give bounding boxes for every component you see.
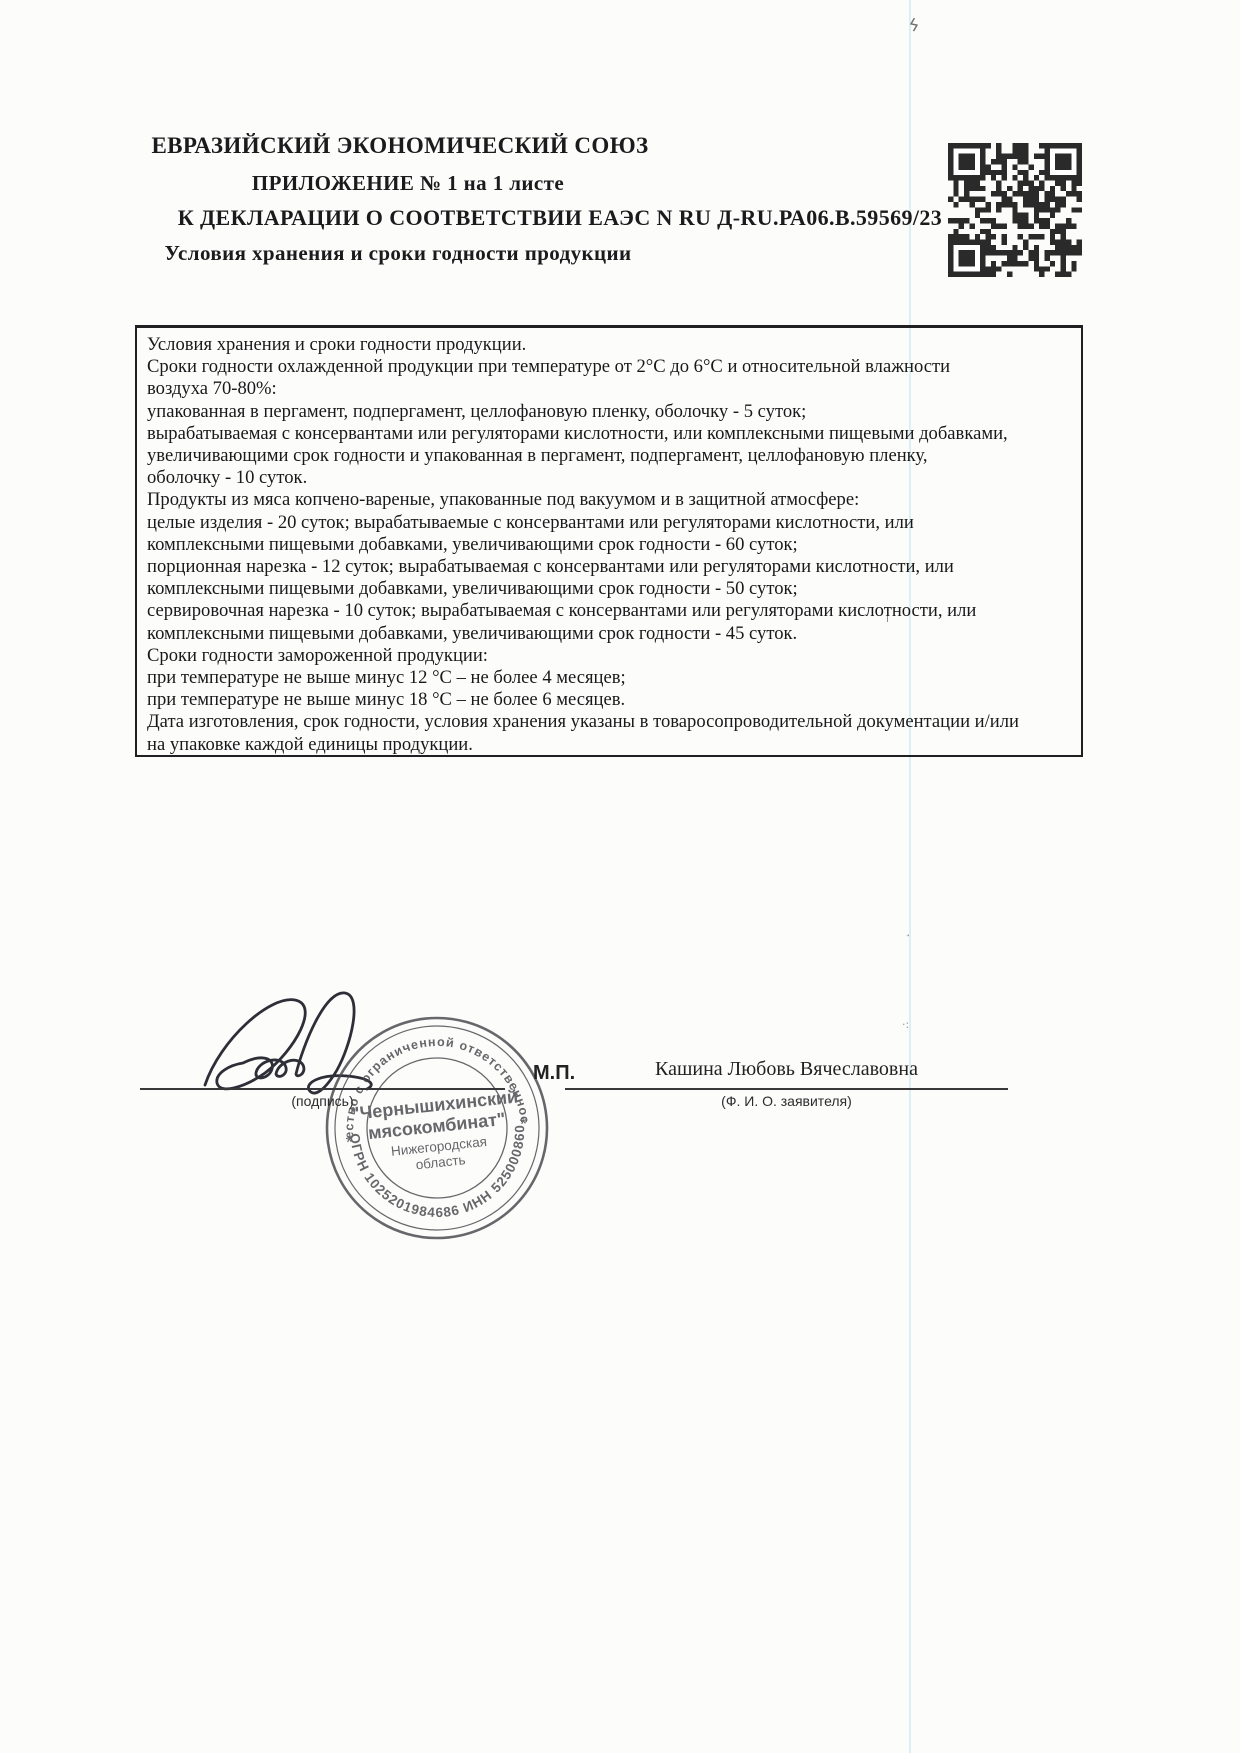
applicant-caption: (Ф. И. О. заявителя) xyxy=(565,1093,1008,1109)
scan-artifact: ϟ xyxy=(906,15,921,37)
signature-line xyxy=(140,1088,505,1090)
conditions-text-line: при температуре не выше минус 18 °С – не… xyxy=(147,689,1071,711)
conditions-text-line: Сроки годности охлажденной продукции при… xyxy=(147,356,1071,378)
qr-code-icon xyxy=(948,143,1082,277)
conditions-text-line: порционная нарезка - 12 суток; вырабатыв… xyxy=(147,556,1071,578)
conditions-text-line: на упаковке каждой единицы продукции. xyxy=(147,734,1071,756)
conditions-text-line: оболочку - 10 суток. xyxy=(147,467,1071,489)
appendix-line: ПРИЛОЖЕНИЕ № 1 на 1 листе xyxy=(0,171,968,196)
scan-artifact: ·: xyxy=(902,1018,909,1031)
conditions-text-line: увеличивающими срок годности и упакованн… xyxy=(147,445,1071,467)
document-subtitle: Условия хранения и сроки годности продук… xyxy=(0,241,958,266)
document-title: ЕВРАЗИЙСКИЙ ЭКОНОМИЧЕСКИЙ СОЮЗ xyxy=(0,133,960,159)
conditions-text-line: вырабатываемая с консервантами или регул… xyxy=(147,423,1071,445)
conditions-text-line: Условия хранения и сроки годности продук… xyxy=(147,334,1071,356)
conditions-text-line: целые изделия - 20 суток; вырабатываемые… xyxy=(147,512,1071,534)
conditions-text-line: комплексными пищевыми добавками, увеличи… xyxy=(147,534,1071,556)
storage-conditions-box: Условия хранения и сроки годности продук… xyxy=(135,325,1083,757)
applicant-name: Кашина Любовь Вячеславовна xyxy=(565,1058,1008,1081)
applicant-name-line xyxy=(565,1088,1008,1090)
conditions-text-line: Продукты из мяса копчено-вареные, упаков… xyxy=(147,489,1071,511)
conditions-text-line: упакованная в пергамент, подпергамент, ц… xyxy=(147,401,1071,423)
conditions-text-line: при температуре не выше минус 12 °С – не… xyxy=(147,667,1071,689)
conditions-text-line: Сроки годности замороженной продукции: xyxy=(147,645,1071,667)
signature-caption: (подпись) xyxy=(140,1093,505,1109)
conditions-text-line: комплексными пищевыми добавками, увеличи… xyxy=(147,578,1071,600)
conditions-text-line: Дата изготовления, срок годности, услови… xyxy=(147,711,1071,733)
company-stamp: Общество с ограниченной ответственностью… xyxy=(317,1008,557,1248)
scan-artifact: ˼ xyxy=(906,924,910,937)
conditions-text-line: воздуха 70-80%: xyxy=(147,378,1071,400)
conditions-text-line: комплексными пищевыми добавками, увеличи… xyxy=(147,623,1071,645)
conditions-text-line: сервировочная нарезка - 10 суток; выраба… xyxy=(147,600,1071,622)
